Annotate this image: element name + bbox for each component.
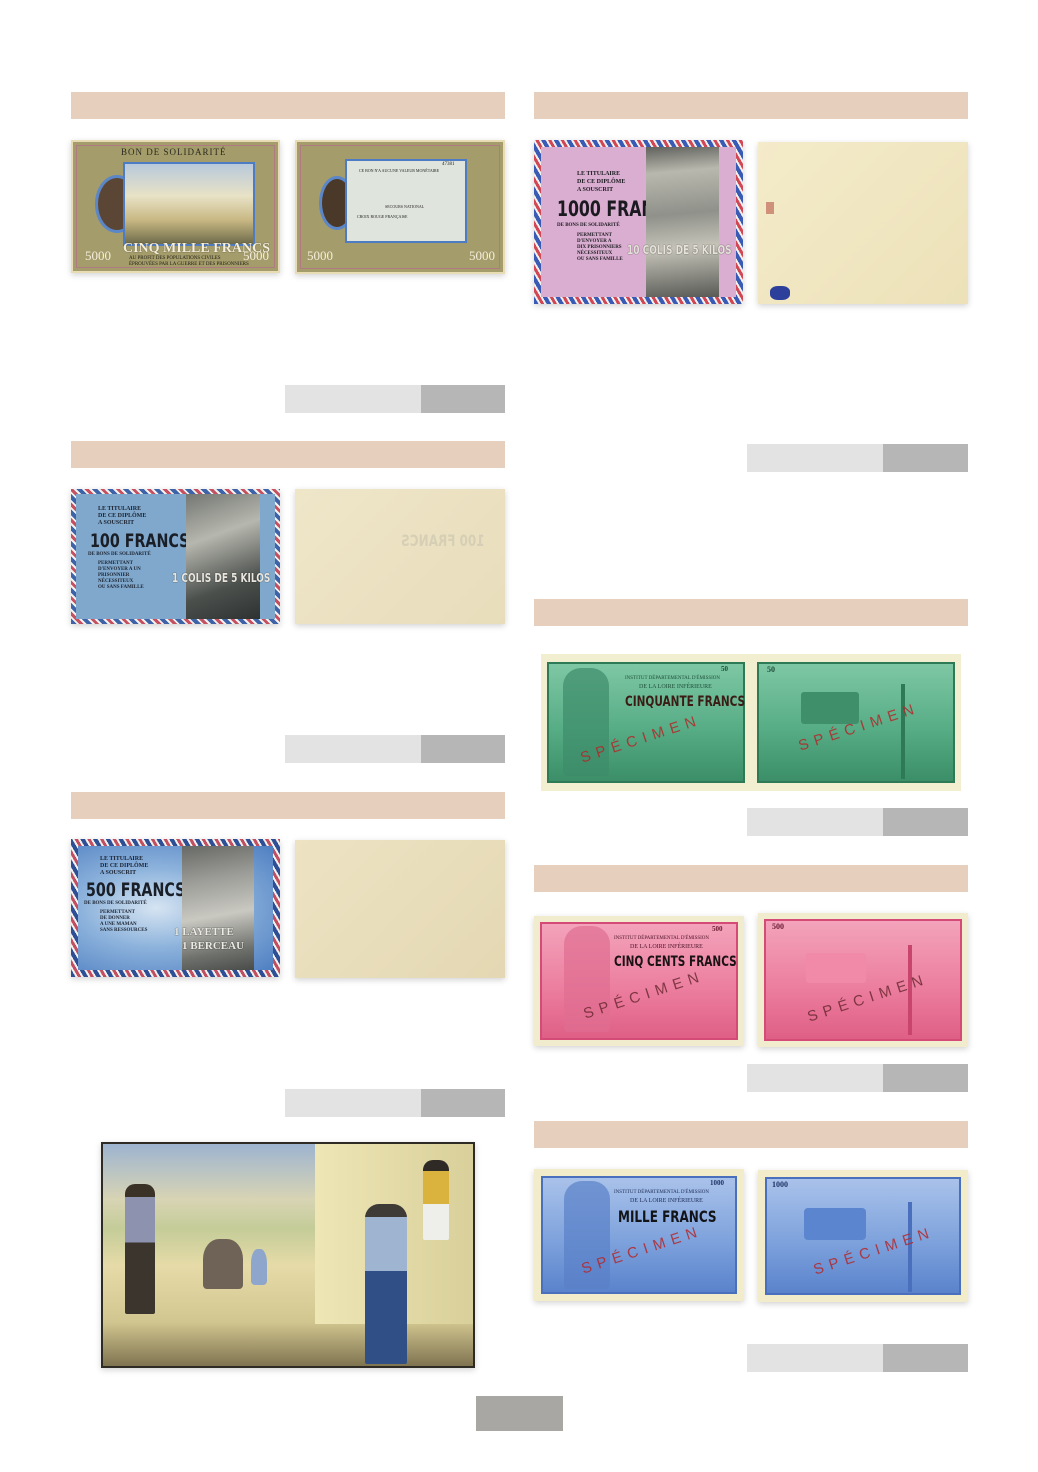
- price-value-cell: [883, 444, 968, 472]
- section-header-loire-500: [534, 865, 968, 892]
- note-text: PRISONNIER: [98, 573, 129, 578]
- note-issuer: DE LA LOIRE INFÉRIEURE: [639, 684, 712, 690]
- caduceus: [901, 684, 905, 779]
- price-value-cell: [421, 735, 505, 763]
- note-denomination: 1000: [772, 1180, 788, 1189]
- note-main-text: 100 FRANCS: [90, 530, 189, 552]
- note-ghost-text: 100 FRANCS: [401, 531, 485, 550]
- price-label-cell: [285, 735, 421, 763]
- price-value-cell: [421, 1089, 505, 1117]
- price-bar-loire-1000: [747, 1344, 968, 1372]
- banknote-back-bon-1000: [758, 142, 968, 304]
- note-corner-value: 5000: [85, 248, 111, 264]
- banknote-back-bon-500: [295, 840, 505, 978]
- note-text: LE TITULAIRE: [100, 856, 143, 862]
- price-label-cell: [747, 1064, 883, 1092]
- note-text: DE DONNER: [100, 916, 130, 921]
- note-parcel-text: 1 COLIS DE 5 KILOS: [172, 571, 270, 585]
- note-text: LE TITULAIRE: [98, 506, 141, 512]
- banknote-front-loire-500: 500 INSTITUT DÉPARTEMENTAL D'ÉMISSION DE…: [534, 916, 744, 1046]
- note-text: D'ENVOYER A: [577, 239, 612, 244]
- note-sub-text: DE BONS DE SOLIDARITÉ: [88, 552, 151, 557]
- note-text: DE CE DIPLÔME: [100, 863, 148, 869]
- note-issuer: DE LA LOIRE INFÉRIEURE: [630, 944, 703, 950]
- note-corner-value: 5000: [243, 248, 269, 264]
- note-corner-value: 5000: [469, 248, 495, 264]
- note-issuer: INSTITUT DÉPARTEMENTAL D'ÉMISSION: [614, 936, 709, 941]
- note-text: CROIX ROUGE FRANÇAISE: [357, 214, 407, 219]
- note-text: A UNE MAMAN: [100, 922, 137, 927]
- note-sub-text: AU PROFIT DES POPULATIONS CIVILES: [129, 256, 221, 261]
- figure-digging: [125, 1184, 155, 1314]
- note-text: LE TITULAIRE: [577, 171, 620, 177]
- note-sub-text: DE BONS DE SOLIDARITÉ: [84, 901, 147, 906]
- figure-man: [365, 1204, 407, 1364]
- price-bar-loire-50: [747, 808, 968, 836]
- parcel-photo: [186, 489, 260, 624]
- note-denomination: 50: [721, 665, 728, 673]
- stain-mark: [766, 202, 774, 214]
- note-main-text: CINQUANTE FRANCS: [625, 694, 745, 710]
- banknote-back-loire-50: 50 SPÉCIMEN: [751, 654, 961, 791]
- figure-child: [251, 1249, 267, 1285]
- note-corner-value: 5000: [307, 248, 333, 264]
- note-text: CE BON N'A AUCUNE VALEUR MONÉTAIRE: [359, 168, 439, 173]
- note-gift-text: 1 BERCEAU: [182, 940, 244, 952]
- price-value-cell: [421, 385, 505, 413]
- banknote-back-bon-5000: 47381 CE BON N'A AUCUNE VALEUR MONÉTAIRE…: [295, 140, 505, 274]
- note-denomination: 1000: [710, 1179, 724, 1187]
- price-bar-bon-100: [285, 735, 505, 763]
- note-text: PERMETTANT: [98, 561, 133, 566]
- section-header-bon-500: [71, 792, 505, 819]
- note-text: DE CE DIPLÔME: [98, 513, 146, 519]
- note-gift-text: 1 LAYETTE: [174, 926, 234, 938]
- price-value-cell: [883, 1064, 968, 1092]
- section-header-bon-1000: [534, 92, 968, 119]
- banknote-front-bon-1000: LE TITULAIRE DE CE DIPLÔME A SOUSCRIT 10…: [534, 140, 743, 304]
- note-main-text: CINQ CENTS FRANCS: [614, 954, 737, 970]
- banknote-back-loire-500: 500 SPÉCIMEN: [758, 913, 968, 1047]
- price-bar-bon-500: [285, 1089, 505, 1117]
- note-text: SANS RESSOURCES: [100, 928, 147, 933]
- scene-panel: [123, 162, 255, 246]
- section-header-loire-50: [534, 599, 968, 626]
- note-main-text: 500 FRANCS: [86, 879, 185, 901]
- note-text: OU SANS FAMILLE: [98, 585, 144, 590]
- note-text: DIX PRISONNIERS: [577, 245, 622, 250]
- note-text: OU SANS FAMILLE: [577, 257, 623, 262]
- price-bar-loire-500: [747, 1064, 968, 1092]
- banknote-back-bon-100: 100 FRANCS: [295, 489, 505, 624]
- note-text: PERMETTANT: [577, 233, 612, 238]
- price-value-cell: [883, 1344, 968, 1372]
- section-header-bon-100: [71, 441, 505, 468]
- page-number-box: [476, 1396, 563, 1431]
- note-denomination: 500: [712, 925, 723, 933]
- banknote-front-bon-100: LE TITULAIRE DE CE DIPLÔME A SOUSCRIT 10…: [71, 489, 280, 624]
- price-value-cell: [883, 808, 968, 836]
- note-parcel-text: 10 COLIS DE 5 KILOS: [627, 243, 732, 257]
- figure-woman: [203, 1239, 243, 1289]
- note-issuer: DE LA LOIRE INFÉRIEURE: [630, 1198, 703, 1204]
- note-top-text: BON DE SOLIDARITÉ: [121, 147, 227, 157]
- section-header-loire-1000: [534, 1121, 968, 1148]
- price-label-cell: [747, 808, 883, 836]
- note-text: A SOUSCRIT: [577, 187, 613, 193]
- center-panel: [801, 692, 859, 724]
- banknote-front-bon-5000: BON DE SOLIDARITÉ CINQ MILLE FRANCS AU P…: [71, 140, 280, 273]
- center-panel: [806, 953, 866, 983]
- note-text: D'ENVOYER A UN: [98, 567, 141, 572]
- center-panel: [804, 1208, 866, 1240]
- note-serial: 47381: [442, 162, 455, 167]
- price-label-cell: [285, 385, 421, 413]
- note-issuer: INSTITUT DÉPARTEMENTAL D'ÉMISSION: [614, 1190, 709, 1195]
- note-text: PERMETTANT: [100, 910, 135, 915]
- price-bar-bon-5000: [285, 385, 505, 413]
- price-bar-bon-1000: [747, 444, 968, 472]
- note-text: A SOUSCRIT: [98, 520, 134, 526]
- note-text: NÉCESSITEUX: [98, 579, 133, 584]
- note-text: NÉCESSITEUX: [577, 251, 612, 256]
- price-label-cell: [285, 1089, 421, 1117]
- figure-boy: [423, 1160, 449, 1240]
- note-denomination: 500: [772, 922, 784, 931]
- note-issuer: INSTITUT DÉPARTEMENTAL D'ÉMISSION: [625, 676, 720, 681]
- ink-blot: [770, 286, 790, 300]
- note-sub-text: DE BONS DE SOLIDARITÉ: [557, 223, 620, 228]
- banknote-back-loire-1000: 1000 SPÉCIMEN: [758, 1170, 968, 1302]
- note-main-text: MILLE FRANCS: [618, 1207, 717, 1226]
- note-text: A SOUSCRIT: [100, 870, 136, 876]
- banknote-front-loire-50: 50 INSTITUT DÉPARTEMENTAL D'ÉMISSION DE …: [541, 654, 751, 791]
- note-denomination: 50: [767, 665, 775, 674]
- mother-baby-photo: [182, 839, 254, 977]
- parcels-photo: [646, 140, 719, 304]
- banknote-front-bon-500: LE TITULAIRE DE CE DIPLÔME A SOUSCRIT 50…: [71, 839, 280, 977]
- note-sub-text: ÉPROUVÉES PAR LA GUERRE ET DES PRISONNIE…: [129, 262, 249, 267]
- note-text: DE CE DIPLÔME: [577, 179, 625, 185]
- price-label-cell: [747, 444, 883, 472]
- banknote-front-loire-1000: 1000 INSTITUT DÉPARTEMENTAL D'ÉMISSION D…: [534, 1169, 744, 1301]
- section-header-bon-5000: [71, 92, 505, 119]
- price-label-cell: [747, 1344, 883, 1372]
- illustration-painting: [101, 1142, 475, 1368]
- note-text: SECOURS NATIONAL: [385, 204, 424, 209]
